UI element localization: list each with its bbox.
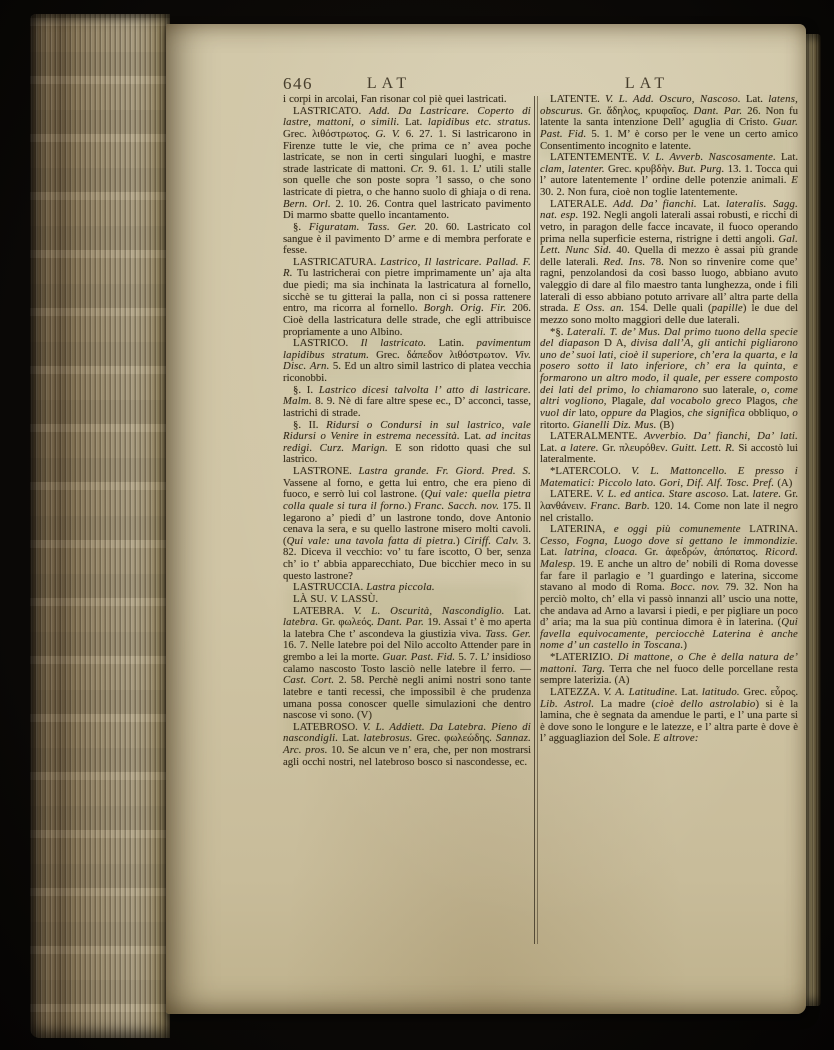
dictionary-entry-paragraph: LATEBROSO. V. L. Addiett. Da Latebra. Pi…	[283, 722, 531, 769]
dictionary-entry-paragraph: *§. Laterali. T. de’ Mus. Dal primo tuon…	[540, 327, 798, 432]
book-page-edges	[30, 14, 170, 1038]
underlying-page-edge	[804, 34, 821, 1006]
dictionary-entry-paragraph: LATERALMENTE. Avverbio. Da’ fianchi, Da’…	[540, 431, 798, 466]
dictionary-entry-paragraph: §. Figuratam. Tass. Ger. 20. 60. Lastric…	[283, 222, 531, 257]
dictionary-entry-paragraph: LATERE. V. L. ed antica. Stare ascoso. L…	[540, 489, 798, 524]
dictionary-entry-paragraph: LASTRICATO. Add. Da Lastricare. Coperto …	[283, 106, 531, 222]
left-text-column: i corpi in arcolai, Fan risonar col piè …	[283, 94, 531, 768]
dictionary-entry-paragraph: *LATERIZIO. Di mattone, o Che è della na…	[540, 652, 798, 687]
dictionary-entry-paragraph: LATENTE. V. L. Add. Oscuro, Nascoso. Lat…	[540, 94, 798, 152]
book-page: 646 LAT LAT i corpi in arcolai, Fan riso…	[166, 24, 806, 1014]
dictionary-entry-paragraph: §. I. Lastrico dicesi talvolta l’ atto d…	[283, 385, 531, 420]
dictionary-entry-paragraph: LATEBRA. V. L. Oscurità, Nascondiglio. L…	[283, 606, 531, 722]
dictionary-entry-paragraph: LATEZZA. V. A. Latitudine. Lat. latitudo…	[540, 687, 798, 745]
running-head-right-column: LAT	[602, 75, 692, 93]
dictionary-entry-paragraph: LASTRICATURA. Lastrico, Il lastricare. P…	[283, 257, 531, 338]
dictionary-entry-paragraph: LASTRONE. Lastra grande. Fr. Giord. Pred…	[283, 466, 531, 582]
right-text-column: LATENTE. V. L. Add. Oscuro, Nascoso. Lat…	[540, 94, 798, 745]
dictionary-entry-paragraph: LATERALE. Add. Da’ fianchi. Lat. lateral…	[540, 199, 798, 327]
dictionary-entry-paragraph: §. II. Ridursi o Condursi in sul lastric…	[283, 420, 531, 467]
dictionary-entry-paragraph: LATENTEMENTE. V. L. Avverb. Nascosamente…	[540, 152, 798, 199]
book-scan-photo: 646 LAT LAT i corpi in arcolai, Fan riso…	[0, 0, 834, 1050]
column-divider-rule	[534, 96, 538, 944]
running-head-left-column: LAT	[344, 75, 434, 93]
dictionary-entry-paragraph: *LATERCOLO. V. L. Mattoncello. E presso …	[540, 466, 798, 489]
dictionary-entry-paragraph: LASTRICO. Il lastricato. Latin. paviment…	[283, 338, 531, 385]
page-number: 646	[283, 74, 313, 94]
dictionary-entry-paragraph: LATERINA, e oggi più comunemente LATRINA…	[540, 524, 798, 652]
